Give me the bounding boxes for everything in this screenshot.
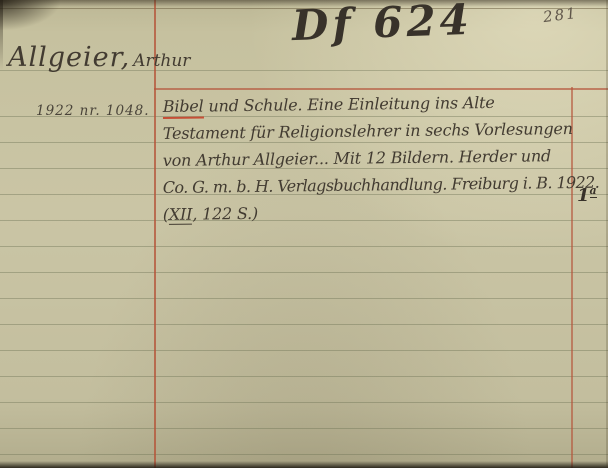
library-catalog-card: Df 624 281 Allgeier,Arthur 1922 nr. 1048… <box>0 0 608 468</box>
copy-mark-digit: 1 <box>577 185 590 206</box>
author-forename: Arthur <box>133 51 190 71</box>
scan-edge-left <box>0 0 3 70</box>
scan-corner-top-left <box>0 0 60 30</box>
title-word-red-underlined: Bibel <box>163 97 204 119</box>
page-number: 281 <box>542 4 579 26</box>
scan-edge-bottom <box>0 461 608 468</box>
copy-mark: 1a <box>577 184 597 206</box>
collation-roman-numeral-underlined: XII <box>169 205 193 225</box>
entry-text-block: Bibel und Schule. Eine Einleitung ins Al… <box>163 93 599 228</box>
author-heading: Allgeier,Arthur <box>8 42 190 73</box>
copy-mark-letter: a <box>590 184 597 198</box>
author-surname: Allgeier, <box>8 42 130 73</box>
entry-line-5-collation: (XII, 122 S.) <box>163 196 600 228</box>
entry-line-1-rest: und Schule. Eine Einleitung ins Alte <box>203 93 494 116</box>
collation-rest: , 122 S.) <box>192 204 258 224</box>
accession-number: 1922 nr. 1048. <box>36 103 150 119</box>
call-number: Df 624 <box>291 0 473 50</box>
